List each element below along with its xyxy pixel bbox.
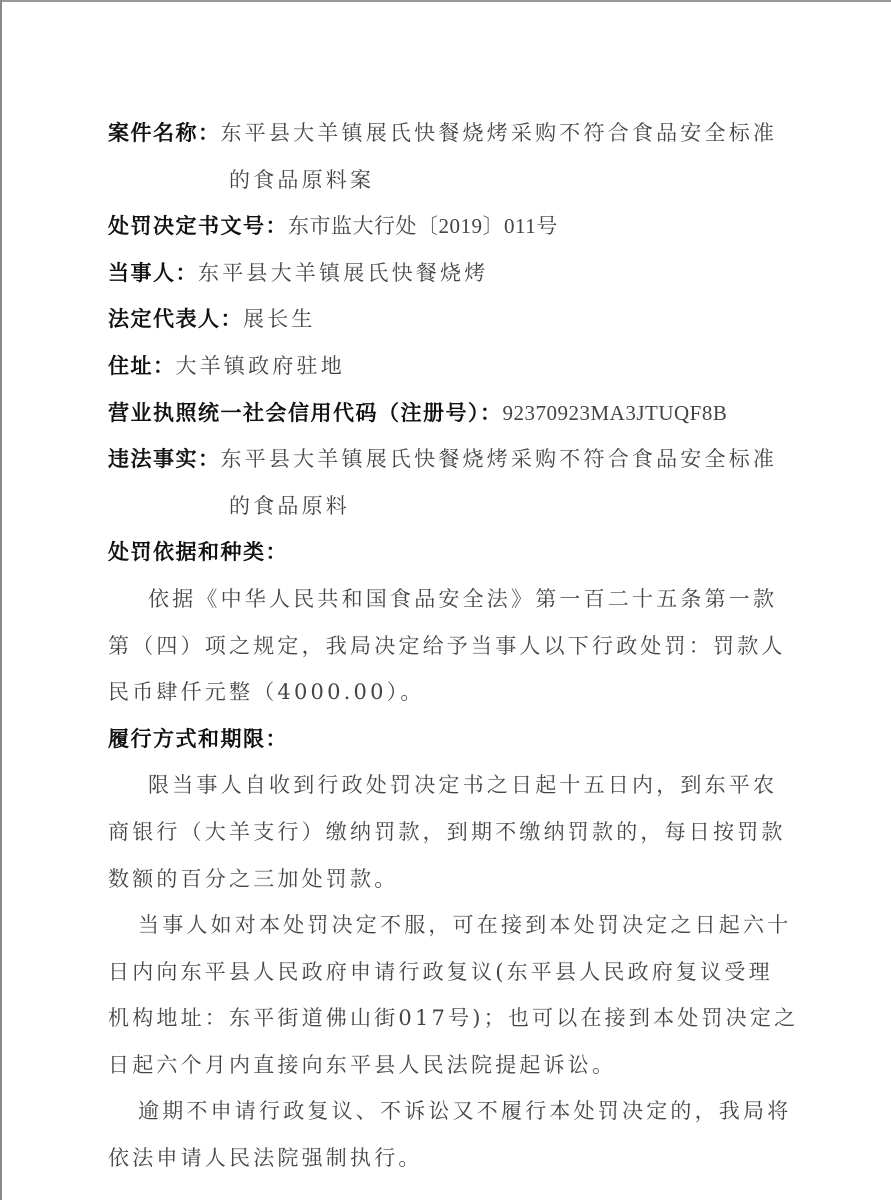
penalty-basis-line-3: 民币肆仟元整（4000.00）。: [108, 669, 788, 716]
penalty-basis-line-1: 依据《中华人民共和国食品安全法》第一百二十五条第一款: [108, 576, 788, 623]
violation-facts-value-continued: 的食品原料: [108, 483, 788, 530]
penalty-basis-line-2: 第（四）项之规定，我局决定给予当事人以下行政处罚：罚款人: [108, 623, 788, 670]
enforcement-p3-line-1: 逾期不申请行政复议、不诉讼又不履行本处罚决定的，我局将: [108, 1088, 788, 1135]
party-row: 当事人：东平县大羊镇展氏快餐烧烤: [108, 250, 788, 297]
party-value: 东平县大羊镇展氏快餐烧烤: [198, 261, 488, 285]
appeal-p2-line-4: 日起六个月内直接向东平县人民法院提起诉讼。: [108, 1042, 788, 1089]
appeal-p2-line-3: 机构地址：东平街道佛山街017号)；也可以在接到本处罚决定之: [108, 995, 788, 1042]
case-name-row: 案件名称：东平县大羊镇展氏快餐烧烤采购不符合食品安全标准: [108, 110, 788, 157]
legal-representative-row: 法定代表人：展长生: [108, 296, 788, 343]
credit-code-row: 营业执照统一社会信用代码（注册号）：92370923MA3JTUQF8B: [108, 390, 788, 437]
violation-facts-label: 违法事实：: [108, 447, 221, 471]
case-name-label: 案件名称：: [108, 121, 221, 145]
legal-representative-label: 法定代表人：: [108, 307, 243, 331]
party-label: 当事人：: [108, 261, 198, 285]
case-name-value-continued: 的食品原料案: [108, 157, 788, 204]
enforcement-p3-line-2: 依法申请人民法院强制执行。: [108, 1135, 788, 1182]
address-row: 住址：大羊镇政府驻地: [108, 343, 788, 390]
case-name-value: 东平县大羊镇展氏快餐烧烤采购不符合食品安全标准: [221, 121, 778, 145]
decision-number-value: 东市监大行处〔2019〕011号: [288, 214, 558, 238]
page-border-left: [0, 0, 2, 1200]
legal-representative-value: 展长生: [243, 307, 316, 331]
appeal-p2-line-2: 日内向东平县人民政府申请行政复议(东平县人民政府复议受理: [108, 949, 788, 996]
performance-heading: 履行方式和期限：: [108, 716, 788, 763]
address-label: 住址：: [108, 354, 176, 378]
address-value: 大羊镇政府驻地: [176, 354, 345, 378]
performance-p1-line-1: 限当事人自收到行政处罚决定书之日起十五日内，到东平农: [108, 762, 788, 809]
decision-number-label: 处罚决定书文号：: [108, 214, 288, 238]
penalty-decision-document: 案件名称：东平县大羊镇展氏快餐烧烤采购不符合食品安全标准 的食品原料案 处罚决定…: [108, 110, 788, 1182]
appeal-p2-line-1: 当事人如对本处罚决定不服，可在接到本处罚决定之日起六十: [108, 902, 788, 949]
penalty-basis-heading: 处罚依据和种类：: [108, 529, 788, 576]
performance-p1-line-3: 数额的百分之三加处罚款。: [108, 856, 788, 903]
decision-number-row: 处罚决定书文号：东市监大行处〔2019〕011号: [108, 203, 788, 250]
violation-facts-value: 东平县大羊镇展氏快餐烧烤采购不符合食品安全标准: [221, 447, 778, 471]
credit-code-label: 营业执照统一社会信用代码（注册号）：: [108, 401, 503, 425]
violation-facts-row: 违法事实：东平县大羊镇展氏快餐烧烤采购不符合食品安全标准: [108, 436, 788, 483]
performance-p1-line-2: 商银行（大羊支行）缴纳罚款，到期不缴纳罚款的，每日按罚款: [108, 809, 788, 856]
credit-code-value: 92370923MA3JTUQF8B: [503, 401, 728, 425]
page-border-top: [0, 0, 891, 2]
